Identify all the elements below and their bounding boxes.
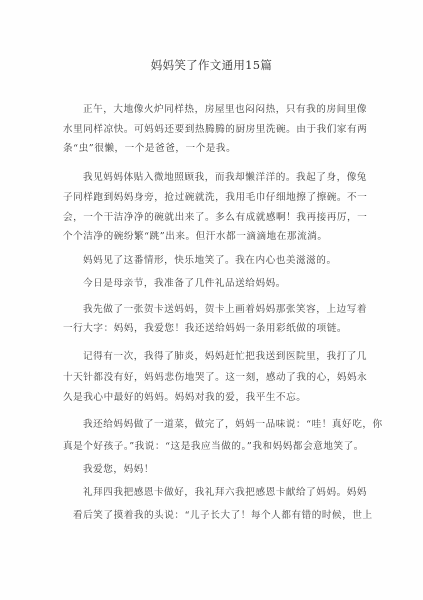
text-line: 我爱您，妈妈！ xyxy=(83,464,154,476)
text-line: 水里同样凉快。可妈妈还要到热腾腾的厨房里洗碗。由于我们家有两 xyxy=(63,124,367,136)
text-line: 久是我心中最好的妈妈。妈妈对我的爱，我平生不忘。 xyxy=(63,392,306,404)
text-line: 今日是母亲节，我准备了几件礼品送给妈妈。 xyxy=(83,278,286,290)
text-line: 我先做了一张贺卡送妈妈，贺卡上画着妈妈那张笑容，上边写着 xyxy=(83,304,367,316)
text-line: 子同样跑到妈妈身旁，抢过碗就洗，我用毛巾仔细地擦了擦碗。不一 xyxy=(63,192,367,204)
text-line: 我还给妈妈做了一道菜，做完了，妈妈一品味说：“哇！真好吃，你 xyxy=(83,419,383,431)
text-line: 个个洁净的碗纷繁“跳”出来。但汗水都一滴滴地在那流淌。 xyxy=(63,231,328,243)
text-line: 我见妈妈体贴入微地照顾我，而我却懒洋洋的。我起了身，像兔 xyxy=(83,172,367,184)
text-line: 十天针都没有好，妈妈悲伤地哭了。这一刻，感动了我的心，妈妈永 xyxy=(63,372,367,384)
text-line: 真是个好孩子。”我说：“这是我应当做的。”我和妈妈都会意地笑了。 xyxy=(63,441,364,453)
document-page: 妈妈笑了作文通用15篇 正午，大地像火炉同样热，房屋里也闷闷热，只有我的房间里像… xyxy=(0,0,423,600)
text-line: 看后笑了摸着我的头说：“儿子长大了！每个人都有错的时候，世上 xyxy=(73,510,373,522)
text-line: 会，一个干洁净净的碗就出来了。多么有成就感啊！我再接再厉，一 xyxy=(63,212,367,224)
text-line: 记得有一次，我得了肺炎，妈妈赶忙把我送到医院里，我打了几 xyxy=(83,351,367,363)
text-line: 礼拜四我把感恩卡做好，我礼拜六我把感恩卡献给了妈妈。妈妈 xyxy=(83,487,367,499)
text-line: 正午，大地像火炉同样热，房屋里也闷闷热，只有我的房间里像 xyxy=(83,104,367,116)
text-line: 一行大字：妈妈，我爱您！我还送给妈妈一条用彩纸做的项链。 xyxy=(63,323,347,335)
text-line: 妈妈见了这番情形，快乐地笑了。我在内心也美滋滋的。 xyxy=(83,255,337,267)
document-title: 妈妈笑了作文通用15篇 xyxy=(0,57,423,73)
text-line: 条“虫”很懒，一个是爸爸，一个是我。 xyxy=(63,143,236,155)
